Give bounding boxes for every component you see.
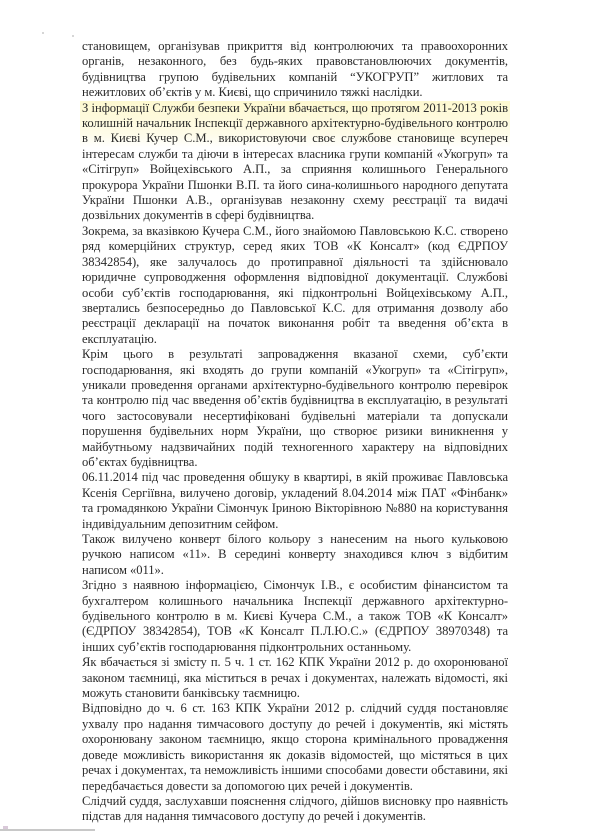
paragraph-scheme-consequences: Крім цього в результаті запровадження вк…: [82, 347, 508, 470]
paragraph-article-163: Відповідно до ч. 6 ст. 163 КПК України 2…: [82, 701, 508, 793]
paragraph-sbu-information: З інформації Служби безпеки України вбач…: [82, 101, 508, 224]
scan-speck: [42, 32, 44, 34]
scanned-document-page: становищем, організував прикриття від ко…: [0, 0, 590, 834]
paragraph-conclusion: Слідчий суддя, заслухавши пояснення слід…: [82, 794, 508, 825]
paragraph-envelope: Також вилучено конверт білого кольору з …: [82, 532, 508, 578]
paragraph-search: 06.11.2014 під час проведення обшуку в к…: [82, 470, 508, 532]
paragraph-article-162: Як вбачається зі змісту п. 5 ч. 1 ст. 16…: [82, 655, 508, 701]
scan-speck: [72, 35, 74, 37]
document-body: становищем, організував прикриття від ко…: [82, 39, 508, 825]
highlighted-paragraph-wrapper: З інформації Служби безпеки України вбач…: [82, 101, 508, 224]
paragraph-k-consult: Зокрема, за вказівкою Кучера С.М., його …: [82, 224, 508, 347]
paragraph-simonchuk: Згідно з наявною інформацією, Сімончук І…: [82, 578, 508, 655]
page-edge-line: [0, 829, 95, 831]
paragraph-continuation: становищем, організував прикриття від ко…: [82, 39, 508, 101]
